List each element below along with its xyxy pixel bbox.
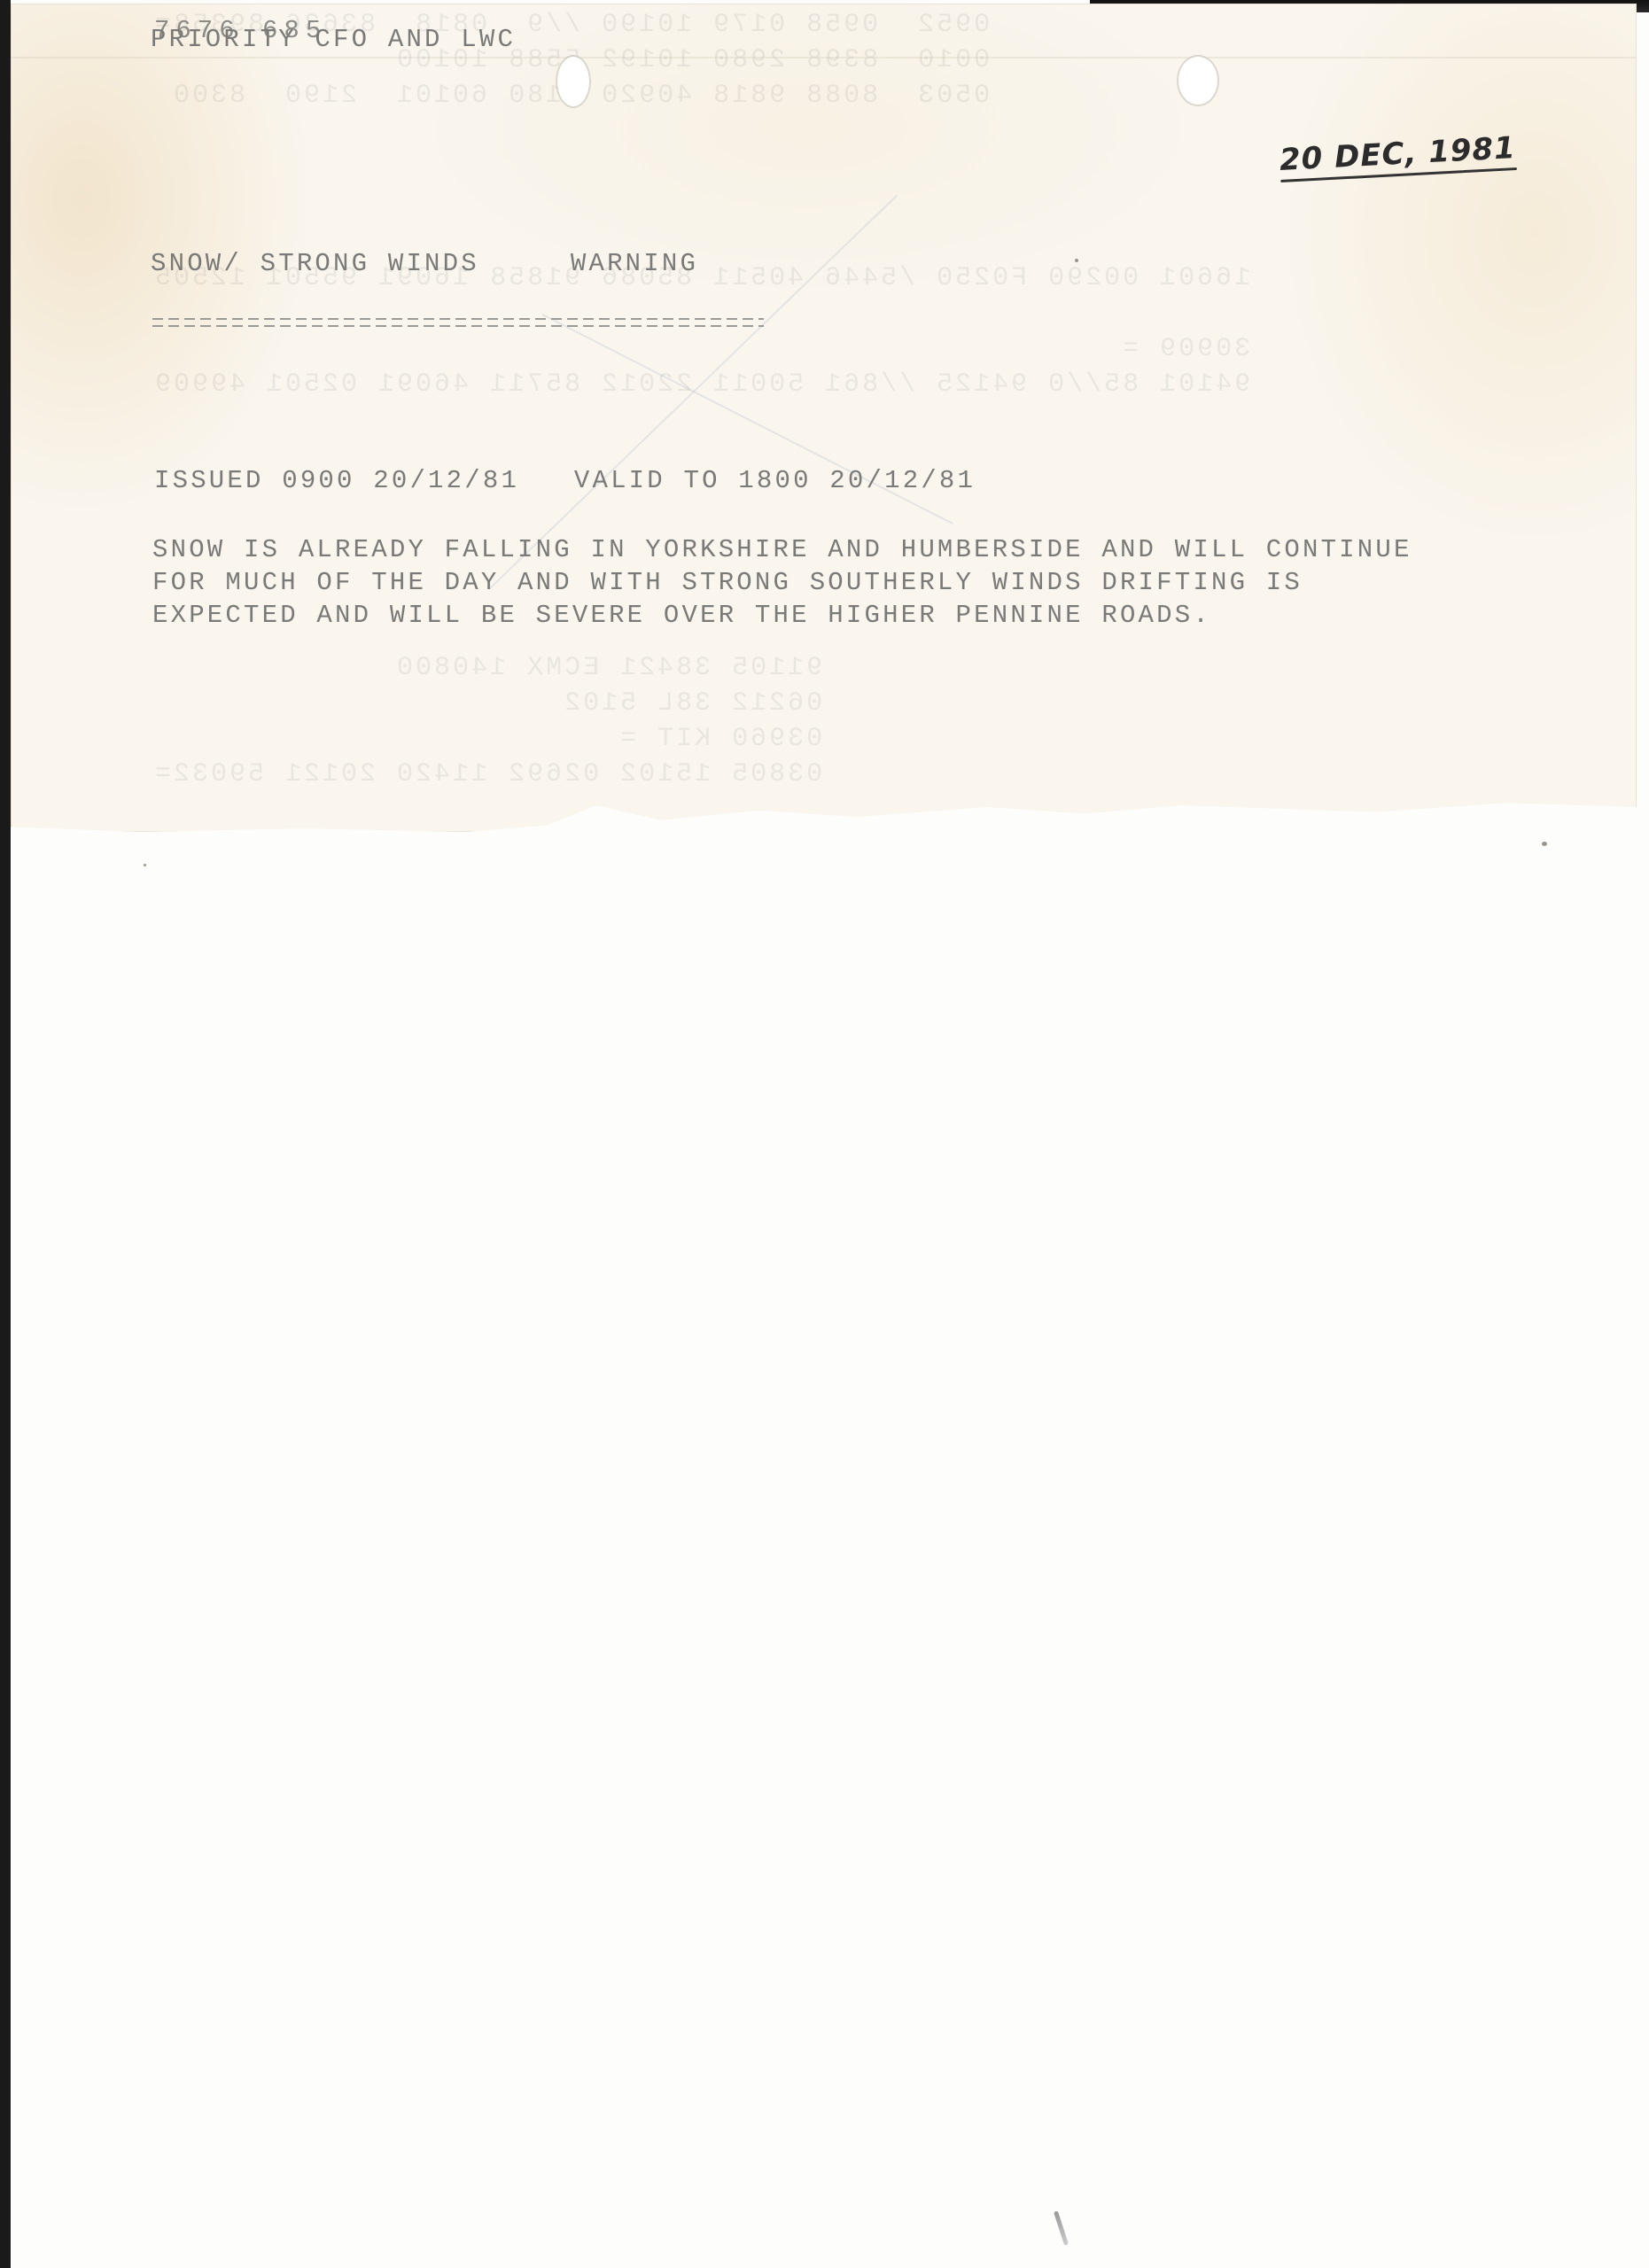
body-line: FOR MUCH OF THE DAY AND WITH STRONG SOUT… (152, 566, 1412, 599)
punch-hole (1178, 57, 1217, 105)
scan-scratch (1054, 2210, 1069, 2246)
title-double-underline (152, 318, 764, 327)
scan-border-left (0, 0, 11, 2268)
priority-header: PRIORITY CFO AND LWC (151, 23, 516, 56)
show-through-text: 91105 38421 ECMX 140800 06212 38L 5102 0… (152, 650, 822, 792)
warning-title: SNOW/ STRONG WINDS WARNING (151, 247, 698, 280)
telex-paper-sheet: 0952 0958 0179 10190 //9 0818 83636 8935… (11, 4, 1637, 832)
punch-hole (557, 57, 589, 106)
dust-speck (144, 864, 146, 866)
dust-speck (1542, 842, 1547, 846)
issued-valid-line: ISSUED 0900 20/12/81 VALID TO 1800 20/12… (154, 464, 976, 497)
show-through-text: 16601 00290 F0250 /5446 40511 85086 9185… (152, 260, 1250, 402)
handwritten-date: 20 DEC, 1981 (1279, 130, 1517, 183)
body-line: SNOW IS ALREADY FALLING IN YORKSHIRE AND… (152, 533, 1412, 566)
warning-body: SNOW IS ALREADY FALLING IN YORKSHIRE AND… (152, 533, 1412, 632)
body-line: EXPECTED AND WILL BE SEVERE OVER THE HIG… (152, 599, 1412, 632)
dust-speck (1075, 259, 1078, 262)
